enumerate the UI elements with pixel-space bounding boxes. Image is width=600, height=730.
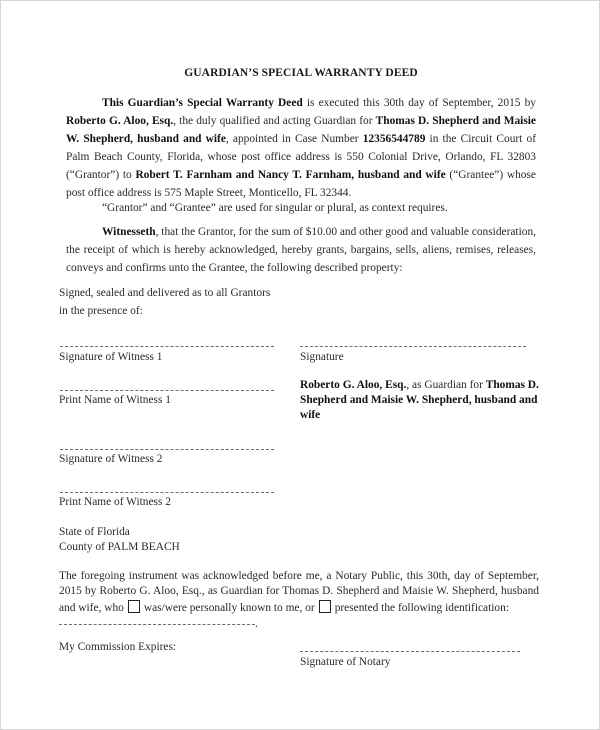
notary-acknowledgment: The foregoing instrument was acknowledge…: [59, 569, 539, 616]
personally-known-checkbox[interactable]: [128, 600, 140, 613]
witness1-print-name-line[interactable]: [60, 390, 274, 391]
witness2-print-name-line[interactable]: [60, 492, 274, 493]
personally-known-label: was/were personally known to me, or: [144, 602, 315, 614]
state-label: State of Florida: [59, 524, 130, 540]
witnesseth-paragraph: Witnesseth, that the Grantor, for the su…: [66, 223, 536, 277]
witness2-signature-label: Signature of Witness 2: [59, 451, 162, 467]
witness1-signature-line[interactable]: [60, 346, 274, 347]
document-page: GUARDIAN’S SPECIAL WARRANTY DEED This Gu…: [0, 0, 600, 730]
signed-sealed-line1: Signed, sealed and delivered as to all G…: [59, 285, 270, 301]
intro-text-3: , appointed in Case Number: [226, 133, 363, 145]
identification-line[interactable]: [59, 624, 255, 625]
definitions-text: “Grantor” and “Grantee” are used for sin…: [102, 202, 448, 214]
intro-text-2: , the duly qualified and acting Guardian…: [173, 115, 376, 127]
presented-id-label: presented the following identification:: [335, 602, 509, 614]
witness1-print-name-label: Print Name of Witness 1: [59, 392, 171, 408]
document-title: GUARDIAN’S SPECIAL WARRANTY DEED: [1, 67, 600, 79]
case-number: 12356544789: [363, 133, 426, 145]
grantor-name: Roberto G. Aloo, Esq.: [66, 115, 173, 127]
definitions-paragraph: “Grantor” and “Grantee” are used for sin…: [66, 199, 536, 217]
witness1-signature-label: Signature of Witness 1: [59, 349, 162, 365]
guardian-signature-block: Roberto G. Aloo, Esq., as Guardian for T…: [300, 378, 540, 423]
grantee-names: Robert T. Farnham and Nancy T. Farnham, …: [135, 169, 445, 181]
county-label: County of PALM BEACH: [59, 539, 180, 555]
intro-text-1: is executed this 30th day of September, …: [303, 97, 536, 109]
commission-expires-label: My Commission Expires:: [59, 639, 176, 655]
grantor-signature-label: Signature: [300, 349, 344, 365]
presented-id-checkbox[interactable]: [319, 600, 331, 613]
intro-paragraph: This Guardian’s Special Warranty Deed is…: [66, 94, 536, 203]
deed-name: This Guardian’s Special Warranty Deed: [102, 97, 303, 109]
witness2-print-name-label: Print Name of Witness 2: [59, 494, 171, 510]
grantor-signature-line[interactable]: [300, 346, 526, 347]
guardian-as-text: , as Guardian for: [406, 379, 485, 391]
guardian-name: Roberto G. Aloo, Esq.: [300, 379, 406, 391]
notary-signature-label: Signature of Notary: [300, 654, 390, 670]
notary-signature-line[interactable]: [300, 651, 520, 652]
witnesseth-lead: Witnesseth: [102, 226, 156, 238]
signed-sealed-line2: in the presence of:: [59, 303, 143, 319]
witness2-signature-line[interactable]: [60, 449, 274, 450]
identification-blank[interactable]: .: [59, 618, 258, 630]
